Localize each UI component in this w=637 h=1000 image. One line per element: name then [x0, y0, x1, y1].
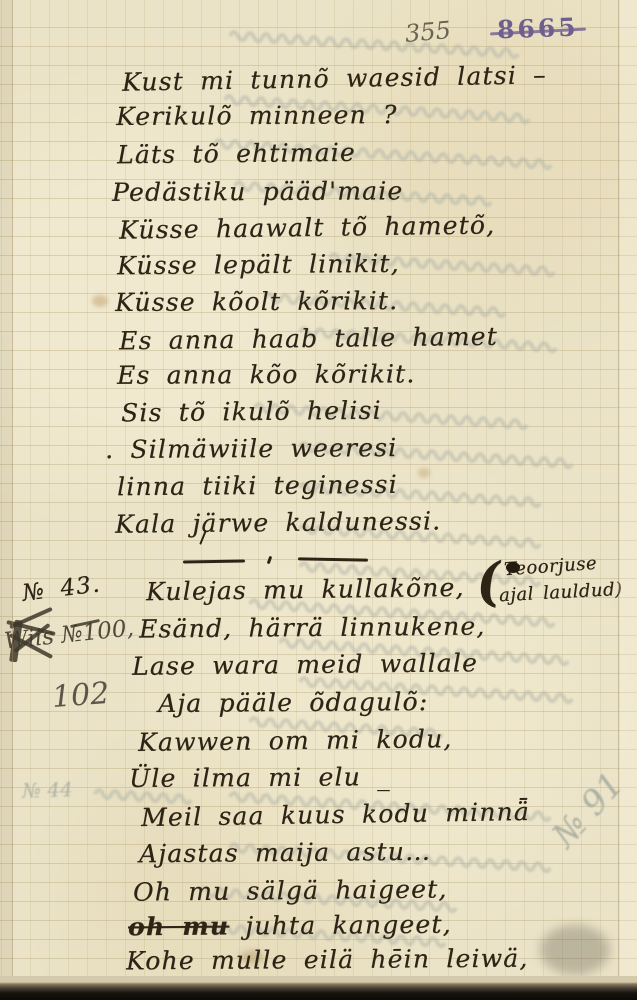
archive-pencil-number: 355 — [404, 16, 452, 48]
page-left-edge — [0, 0, 12, 1000]
manuscript-line: Küsse kõolt kõrikit. — [115, 286, 398, 317]
manuscript-line: Lase wara meid wallale — [132, 648, 478, 681]
manuscript-line: Aja pääle õdagulõ: — [158, 687, 429, 718]
manuscript-line: Kala järwe kaldunessi. — [115, 506, 442, 538]
paper-spot — [418, 468, 430, 478]
page-right-edge — [619, 0, 637, 1000]
manuscript-line: Kulejas mu kullakõne, — [146, 573, 465, 606]
manuscript-line: linna tiiki teginessi — [117, 470, 398, 501]
manuscript-line: Kohe mulle eilä hēin leiwä, — [126, 944, 529, 976]
manuscript-line: Oh mu sälgä haigeet, — [133, 874, 448, 906]
scanned-manuscript-page: № 44 № 91 355 8665 Kust mi tunnõ waesid … — [0, 0, 637, 1000]
manuscript-line: Meil saa kuus kodu minnǟ — [141, 797, 530, 832]
manuscript-line: Läts tõ ehtimaie — [117, 138, 356, 170]
page-bottom-edge — [0, 976, 637, 1000]
manuscript-line: Üle ilma mi elu _ — [129, 762, 391, 793]
page-left-edge-line — [12, 0, 13, 1000]
ink-blot — [506, 562, 520, 573]
manuscript-line: Pedästiku pääd'maie — [112, 176, 404, 207]
manuscript-line: Kawwen om mi kodu, — [138, 724, 453, 757]
manuscript-line: Es anna kõo kõrikit. — [117, 359, 416, 390]
manuscript-line: Ajastas maija astu… — [139, 837, 431, 869]
manuscript-line-corrected: oh mu juhta kangeet, — [128, 910, 452, 942]
manuscript-line: Es anna haab talle hamet — [119, 322, 498, 356]
struck-words: oh mu — [128, 912, 229, 942]
line-rest: juhta kangeet, — [245, 910, 452, 941]
manuscript-line: Sis tõ ikulõ helisi — [121, 396, 382, 428]
smudge-stain — [540, 925, 610, 975]
melody-reference-pencil-2: 102 — [51, 676, 111, 715]
ghost-number-left: № 44 — [22, 777, 74, 803]
manuscript-line: Esänd, härrä linnukene, — [139, 611, 486, 643]
manuscript-line: Küsse haawalt tõ hametõ, — [119, 210, 496, 244]
manuscript-line: . Silmäwiile weeresi — [105, 433, 398, 464]
manuscript-line: Küsse lepält linikit, — [117, 249, 400, 280]
manuscript-line: Kerikulõ minneen ? — [116, 100, 398, 131]
paper-spot — [92, 295, 108, 307]
